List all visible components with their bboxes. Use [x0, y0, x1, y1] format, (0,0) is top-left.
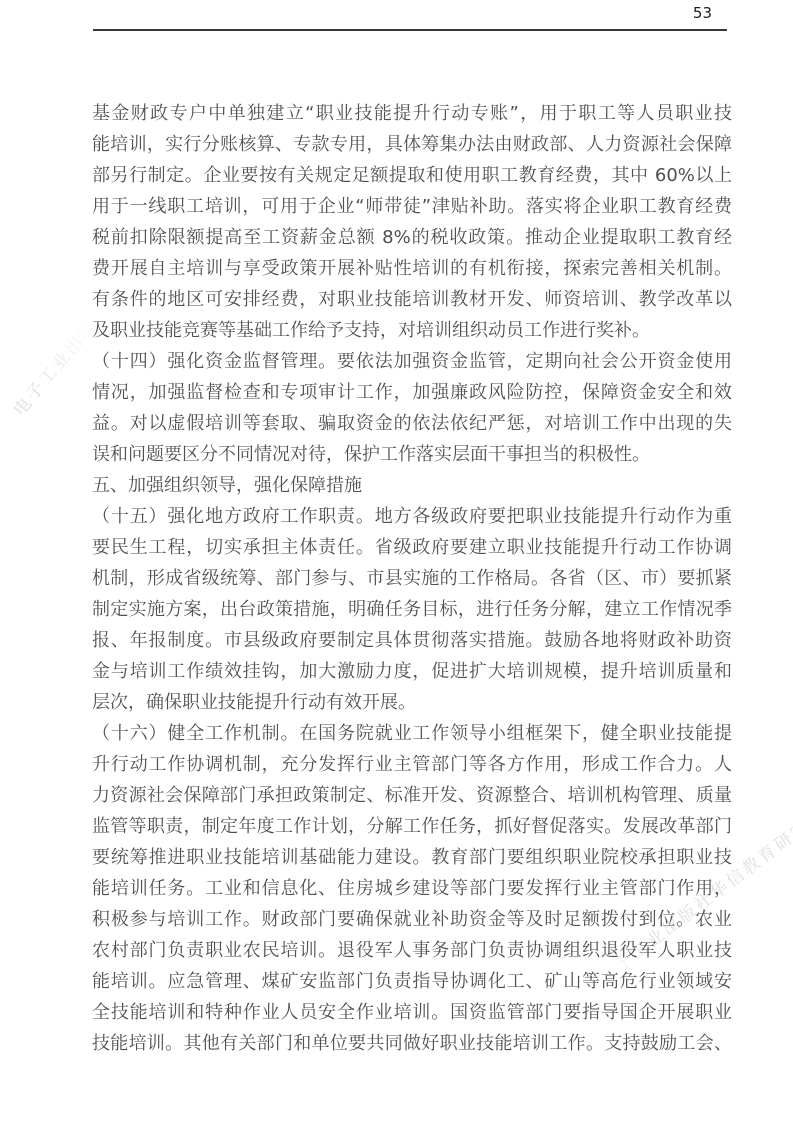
- text-line: 能培训任务。工业和信息化、住房城乡建设等部门要发挥行业主管部门作用，: [92, 873, 732, 904]
- text-line: 费开展自主培训与享受政策开展补贴性培训的有机衔接，探索完善相关机制。: [92, 253, 732, 284]
- text-line: （十五）强化地方政府工作职责。地方各级政府要把职业技能提升行动作为重: [92, 501, 732, 532]
- text-line: 及职业技能竞赛等基础工作给予支持，对培训组织动员工作进行奖补。: [92, 315, 732, 346]
- document-body: 基金财政专户中单独建立“职业技能提升行动专账”，用于职工等人员职业技能培训，实行…: [92, 98, 732, 1059]
- text-line: 基金财政专户中单独建立“职业技能提升行动专账”，用于职工等人员职业技: [92, 98, 732, 129]
- text-line: 益。对以虚假培训等套取、骗取资金的依法依纪严惩，对培训工作中出现的失: [92, 408, 732, 439]
- text-line: 有条件的地区可安排经费，对职业技能培训教材开发、师资培训、教学改革以: [92, 284, 732, 315]
- text-line: 情况，加强监督检查和专项审计工作，加强廉政风险防控，保障资金安全和效: [92, 377, 732, 408]
- text-line: 要统筹推进职业技能培训基础能力建设。教育部门要组织职业院校承担职业技: [92, 842, 732, 873]
- text-line: 机制，形成省级统筹、部门参与、市县实施的工作格局。各省（区、市）要抓紧: [92, 563, 732, 594]
- text-line: （十六）健全工作机制。在国务院就业工作领导小组框架下，健全职业技能提: [92, 718, 732, 749]
- text-line: 层次，确保职业技能提升行动有效开展。: [92, 687, 732, 718]
- text-line: 能培训，实行分账核算、专款专用，具体筹集办法由财政部、人力资源社会保障: [92, 129, 732, 160]
- document-page: 53 电子工业出版社华信教育研究所 电子工业出版社华信教育研究所 基金财政专户中…: [0, 0, 793, 1122]
- text-line: 误和问题要区分不同情况对待，保护工作落实层面干事担当的积极性。: [92, 439, 732, 470]
- text-line: 制定实施方案，出台政策措施，明确任务目标，进行任务分解，建立工作情况季: [92, 594, 732, 625]
- text-line: 要民生工程，切实承担主体责任。省级政府要建立职业技能提升行动工作协调: [92, 532, 732, 563]
- text-line: 税前扣除限额提高至工资薪金总额 8%的税收政策。推动企业提取职工教育经: [92, 222, 732, 253]
- text-line: 监管等职责，制定年度工作计划，分解工作任务，抓好督促落实。发展改革部门: [92, 811, 732, 842]
- text-line: （十四）强化资金监督管理。要依法加强资金监管，定期向社会公开资金使用: [92, 346, 732, 377]
- text-line: 报、年报制度。市县级政府要制定具体贯彻落实措施。鼓励各地将财政补助资: [92, 625, 732, 656]
- text-line: 能培训。应急管理、煤矿安监部门负责指导协调化工、矿山等高危行业领域安: [92, 966, 732, 997]
- header-divider: [93, 29, 727, 31]
- text-line: 五、加强组织领导，强化保障措施: [92, 470, 732, 501]
- text-line: 金与培训工作绩效挂钩，加大激励力度，促进扩大培训规模，提升培训质量和: [92, 656, 732, 687]
- text-line: 技能培训。其他有关部门和单位要共同做好职业技能培训工作。支持鼓励工会、: [92, 1028, 732, 1059]
- text-line: 积极参与培训工作。财政部门要确保就业补助资金等及时足额拨付到位。农业: [92, 904, 732, 935]
- text-line: 力资源社会保障部门承担政策制定、标准开发、资源整合、培训机构管理、质量: [92, 780, 732, 811]
- text-line: 用于一线职工培训，可用于企业“师带徒”津贴补助。落实将企业职工教育经费: [92, 191, 732, 222]
- text-line: 农村部门负责职业农民培训。退役军人事务部门负责协调组织退役军人职业技: [92, 935, 732, 966]
- text-line: 全技能培训和特种作业人员安全作业培训。国资监管部门要指导国企开展职业: [92, 997, 732, 1028]
- text-line: 升行动工作协调机制，充分发挥行业主管部门等各方作用，形成工作合力。人: [92, 749, 732, 780]
- page-number: 53: [0, 4, 712, 22]
- text-line: 部另行制定。企业要按有关规定足额提取和使用职工教育经费，其中 60%以上: [92, 160, 732, 191]
